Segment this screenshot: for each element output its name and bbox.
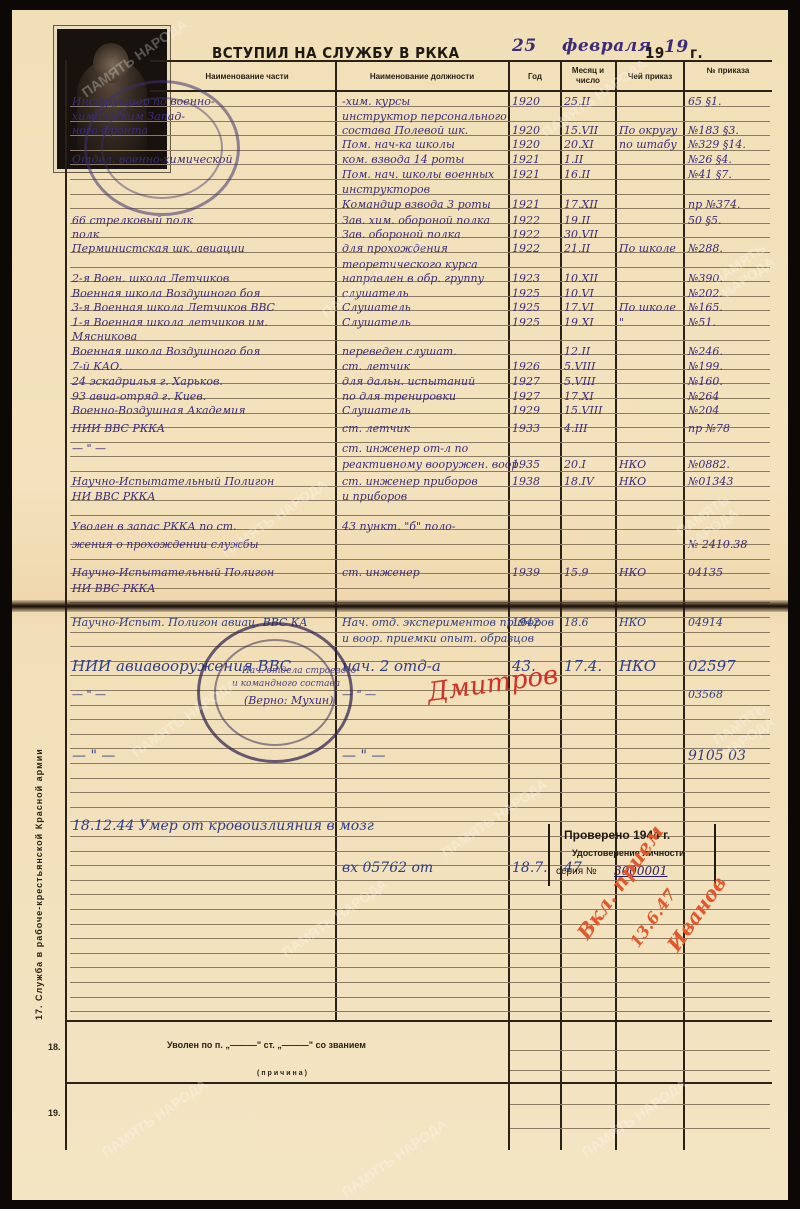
entry-order-no: №329 §14. xyxy=(688,138,746,151)
entry-order-no: №288. xyxy=(688,242,723,255)
entry-order-no: 02597 xyxy=(688,660,736,673)
entry-year: 1922 xyxy=(512,214,540,227)
entry-year: 1925 xyxy=(512,301,540,314)
entry-position: инструкторов xyxy=(342,183,430,196)
entry-year: 1926 xyxy=(512,360,540,373)
entry-position: вх 05762 от xyxy=(342,862,433,875)
entry-position: Слушатель xyxy=(342,404,411,417)
ruled-line xyxy=(70,646,770,647)
service-record-page: ВСТУПИЛ НА СЛУЖБУ В РККА 25 февраля 19 1… xyxy=(12,10,788,1200)
entry-position: Зав. обороной полка xyxy=(342,228,461,241)
table-top-border xyxy=(150,60,772,62)
ruled-line xyxy=(70,748,770,749)
entry-date: 5.VIII xyxy=(564,360,595,373)
entry-date: 4.III xyxy=(564,422,588,435)
entry-order-no: №202. xyxy=(688,287,723,300)
table-header-bottom-border xyxy=(150,90,772,92)
entry-position: Слушатель xyxy=(342,316,411,329)
entry-date: 15.VII xyxy=(564,124,598,137)
ruled-line xyxy=(70,1011,770,1012)
entry-date: 17.4. xyxy=(564,660,602,673)
watermark-text: ПАМЯТЬ НАРОДА xyxy=(219,476,330,561)
entry-year: 1935 xyxy=(512,458,540,471)
entry-year: 1920 xyxy=(512,95,540,108)
entry-unit: Перминистская шк. авиации xyxy=(72,242,245,255)
entry-position: переведен слушат. xyxy=(342,345,457,358)
entry-date: 15.9 xyxy=(564,566,589,579)
entry-position: состава Полевой шк. xyxy=(342,124,468,137)
entry-position: ст. летчик xyxy=(342,422,410,435)
entry-order-no: №183 §3. xyxy=(688,124,739,137)
entry-order-no: 50 §5. xyxy=(688,214,722,227)
entry-year: 18.7. xyxy=(512,862,548,875)
ruled-line xyxy=(70,967,770,968)
entry-position: реактивному вооружен. воор. xyxy=(342,458,522,471)
entry-date: 18.IV xyxy=(564,475,594,488)
entry-position: 43 пункт. "б" поло- xyxy=(342,520,456,533)
entry-date: 30.VII xyxy=(564,228,598,241)
entry-by-order: По школе xyxy=(619,301,676,314)
ruled-line xyxy=(70,588,770,589)
entry-by-order: По округу xyxy=(619,124,677,137)
ruled-line xyxy=(510,1128,770,1129)
entry-unit: — " — xyxy=(72,750,115,763)
entry-position: Пом. нач. школы военных xyxy=(342,168,494,181)
blue-stamp-line-2: и командного состава xyxy=(232,678,340,691)
entry-unit: 3-я Военная школа Летчиков ВВС xyxy=(72,301,275,314)
entry-year: 1923 xyxy=(512,272,540,285)
ruled-line xyxy=(70,705,770,706)
entry-by-order: " xyxy=(619,316,624,329)
entry-order-no: пр №78 xyxy=(688,422,730,435)
entry-year: 1922 xyxy=(512,228,540,241)
entry-by-order: НКО xyxy=(619,660,656,673)
entry-date: 15.VIII xyxy=(564,404,602,417)
entry-order-no: №51. xyxy=(688,316,716,329)
section-side-label: 17. Служба в рабоче-крестьянской Красной… xyxy=(34,748,44,1020)
row-18-text: Уволен по п. „———" ст. „———" со званием xyxy=(167,1040,366,1050)
ruled-line xyxy=(70,369,770,370)
entry-order-no: 65 §1. xyxy=(688,95,722,108)
entry-unit: 1-я Военная школа летчиков им. xyxy=(72,316,268,329)
entry-position: Зав. хим. обороной полка xyxy=(342,214,490,227)
entry-position: Пом. нач-ка школы xyxy=(342,138,455,151)
entry-order-no: №0882. xyxy=(688,458,730,471)
ruled-line xyxy=(70,982,770,983)
entry-by-order: По школе xyxy=(619,242,676,255)
red-signature: Дмитров xyxy=(427,669,559,700)
entry-date: 19.XI xyxy=(564,316,594,329)
entry-unit: Мясникова xyxy=(72,330,137,343)
verification-line-3-label: серия № xyxy=(556,866,597,877)
entry-date: 12.II xyxy=(564,345,590,358)
entry-date: 18.6 xyxy=(564,616,589,629)
entry-order-no: пр №374. xyxy=(688,198,741,211)
entry-order-no: №199. xyxy=(688,360,723,373)
entry-order-no: №26 §4. xyxy=(688,153,732,166)
watermark-text: ПАМЯТЬ НАРОДА xyxy=(339,1116,450,1201)
col-header-order-no: № приказа xyxy=(686,66,770,76)
col-header-position: Наименование должности xyxy=(342,72,502,82)
entry-year: 1929 xyxy=(512,404,540,417)
entry-unit: полк xyxy=(72,228,99,241)
enlistment-header: ВСТУПИЛ НА СЛУЖБУ В РККА 25 февраля 19 1… xyxy=(212,38,732,68)
blue-stamp-line-1: Нач. отдела строевого xyxy=(242,665,356,678)
ruled-line xyxy=(70,456,770,457)
entry-year: 1921 xyxy=(512,168,540,181)
entry-unit: — " — xyxy=(72,442,106,455)
entry-date: 17.XII xyxy=(564,198,598,211)
ruled-line xyxy=(70,690,770,691)
ruled-line xyxy=(70,953,770,954)
entry-year: 1921 xyxy=(512,198,540,211)
entry-year: 1920 xyxy=(512,124,540,137)
entry-year: 1933 xyxy=(512,422,540,435)
entry-year: 1920 xyxy=(512,138,540,151)
entry-position: и воор. приемки опыт. образцов xyxy=(342,632,534,645)
entry-date: 10.VI xyxy=(564,287,594,300)
entry-position: ст. летчик xyxy=(342,360,410,373)
entry-year: 1939 xyxy=(512,566,540,579)
entry-unit: 7-й КАО. xyxy=(72,360,123,373)
ruled-line xyxy=(70,500,770,501)
entry-unit: Военная школа Воздушного боя xyxy=(72,345,260,358)
entry-unit: 66 стрелковый полк xyxy=(72,214,193,227)
entry-order-no: №01343 xyxy=(688,475,733,488)
entry-unit: Военная школа Воздушного боя xyxy=(72,287,260,300)
ruled-line xyxy=(70,763,770,764)
entry-order-no: №41 §7. xyxy=(688,168,732,181)
entry-by-order: НКО xyxy=(619,475,646,488)
ruled-line xyxy=(70,924,770,925)
row-18-number: 18. xyxy=(48,1042,61,1052)
col-divider-1 xyxy=(335,60,337,1020)
entry-year: 1925 xyxy=(512,316,540,329)
entry-order-no: №165. xyxy=(688,301,723,314)
entry-date: 20.I xyxy=(564,458,586,471)
entry-position: ст. инженер xyxy=(342,566,420,579)
entry-year: 1921 xyxy=(512,153,540,166)
ruled-line xyxy=(70,427,770,428)
entry-position: -хим. курсы xyxy=(342,95,410,108)
entry-year: 1925 xyxy=(512,287,540,300)
row-18-caption: (причина) xyxy=(257,1070,309,1077)
entry-position: для дальн. испытаний xyxy=(342,375,475,388)
entry-year: 1942 xyxy=(512,616,540,629)
entry-position: и приборов xyxy=(342,490,407,503)
entry-order-no: №264 xyxy=(688,390,719,403)
entry-order-no: №246. xyxy=(688,345,723,358)
entry-date: 19.II xyxy=(564,214,590,227)
blue-stamp-line-3: (Верно: Мухин) xyxy=(244,694,333,707)
ruled-line xyxy=(70,675,770,676)
entry-order-no: 04135 xyxy=(688,566,723,579)
entry-date: 16.II xyxy=(564,168,590,181)
watermark-text: ПАМЯТЬ НАРОДА xyxy=(439,776,550,861)
entry-unit: 2-я Воен. школа Летчиков xyxy=(72,272,229,285)
enlistment-year-suffix: 19 xyxy=(664,37,689,57)
row-19-number: 19. xyxy=(48,1108,61,1118)
entry-unit: НИИ ВВС РККА xyxy=(72,422,165,435)
entry-unit: 18.12.44 Умер от кровоизлияния в мозг xyxy=(72,820,374,833)
page-fold xyxy=(12,600,788,612)
entry-year: 1927 xyxy=(512,375,540,388)
table-bottom-border xyxy=(65,1020,772,1022)
entry-by-order: НКО xyxy=(619,458,646,471)
col-header-unit: Наименование части xyxy=(172,72,322,82)
entry-date: 21.II xyxy=(564,242,590,255)
entry-position: ком. взвода 14 роты xyxy=(342,153,464,166)
ruled-line xyxy=(70,471,770,472)
entry-unit: НИ ВВС РККА xyxy=(72,490,156,503)
entry-date: 5.VIII xyxy=(564,375,595,388)
entry-unit: Военно-Воздушная Академия xyxy=(72,404,246,417)
entry-position: — " — xyxy=(342,750,385,763)
entry-unit: НИ ВВС РККА xyxy=(72,582,156,595)
watermark-text: ПАМЯТЬ НАРОДА xyxy=(579,1076,690,1161)
entry-order-no: 03568 xyxy=(688,688,723,701)
row18-bottom-border xyxy=(65,1082,772,1084)
entry-date: 17.VI xyxy=(564,301,594,314)
col-header-year: Год xyxy=(512,72,558,82)
entry-unit: 24 эскадрилья г. Харьков. xyxy=(72,375,223,388)
entry-by-order: по штабу xyxy=(619,138,677,151)
entry-date: 1.II xyxy=(564,153,583,166)
entry-order-no: №204 xyxy=(688,404,719,417)
ruled-line xyxy=(510,1070,770,1071)
ruled-line xyxy=(70,340,770,341)
ruled-line xyxy=(70,778,770,779)
entry-year: 1938 xyxy=(512,475,540,488)
watermark-text: ПАМЯТЬ НАРОДА xyxy=(710,691,791,761)
entry-unit: Научно-Испытательный Полигон xyxy=(72,475,274,488)
ruled-line xyxy=(70,559,770,560)
entry-order-no: №160. xyxy=(688,375,723,388)
ruled-line xyxy=(70,997,770,998)
entry-position: нач. 2 отд-а xyxy=(342,660,441,673)
enlistment-day: 25 xyxy=(512,36,537,56)
entry-by-order: НКО xyxy=(619,616,646,629)
entry-unit: 93 авиа-отряд г. Киев. xyxy=(72,390,206,403)
enlistment-month: февраля xyxy=(562,36,652,56)
entry-date: 10.XII xyxy=(564,272,598,285)
entry-date: 20.XI xyxy=(564,138,594,151)
ruled-line xyxy=(510,1050,770,1051)
entry-by-order: НКО xyxy=(619,566,646,579)
watermark-text: ПАМЯТЬ НАРОДА xyxy=(99,1076,210,1161)
entry-position: ст. инженер приборов xyxy=(342,475,478,488)
entry-unit: — " — xyxy=(72,688,106,701)
entry-position: по для тренировки xyxy=(342,390,456,403)
ruled-line xyxy=(70,792,770,793)
entry-position: инструктор персонального xyxy=(342,110,507,123)
ruled-line xyxy=(70,807,770,808)
entry-year: 1927 xyxy=(512,390,540,403)
entry-year: 1922 xyxy=(512,242,540,255)
entry-unit: Уволен в запас РККА по ст. xyxy=(72,520,237,533)
entry-position: Командир взвода 3 роты xyxy=(342,198,491,211)
entry-date: 17.XI xyxy=(564,390,594,403)
entry-unit: Научно-Испытательный Полигон xyxy=(72,566,274,579)
entry-position: ст. инженер от-л по xyxy=(342,442,468,455)
entry-order-no: 04914 xyxy=(688,616,723,629)
round-seal-top xyxy=(84,80,240,216)
ruled-line xyxy=(70,515,770,516)
